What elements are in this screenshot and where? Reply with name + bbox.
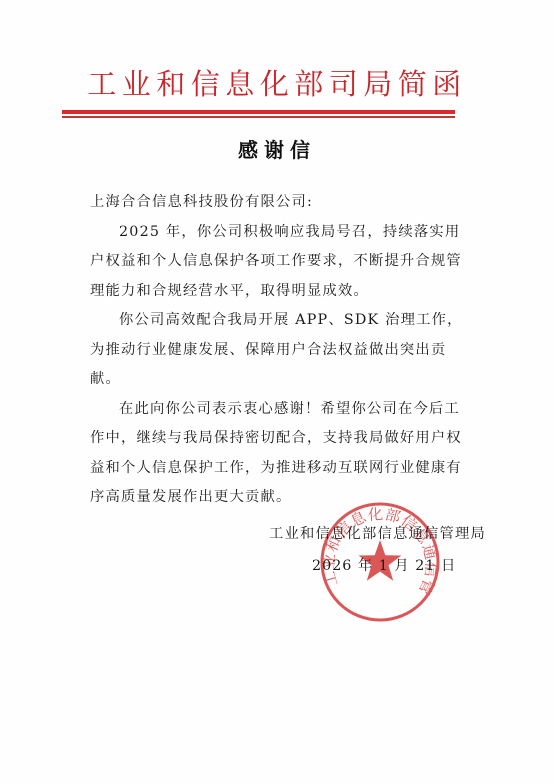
signature: 工业和信息化部信息通信管理局 <box>269 523 486 543</box>
letterhead-title: 工业和信息化部司局简函 <box>0 62 554 103</box>
letterhead-rule-thin <box>62 116 455 118</box>
document-title: 感谢信 <box>0 134 554 163</box>
recipient: 上海合合信息科技股份有限公司: <box>90 188 470 218</box>
paragraph-1: 2025 年，你公司积极响应我局号召，持续落实用户权益和个人信息保护各项工作要求… <box>90 218 470 307</box>
letter-page: 工业和信息化部司局简函 感谢信 上海合合信息科技股份有限公司: 2025 年，你… <box>0 0 554 784</box>
date: 2026 年 1 月 21 日 <box>312 555 456 575</box>
letterhead-rule-thick <box>62 110 455 114</box>
paragraph-2: 你公司高效配合我局开展 APP、SDK 治理工作，为推动行业健康发展、保障用户合… <box>90 306 470 395</box>
paragraph-3: 在此向你公司表示衷心感谢！希望你公司在今后工作中，继续与我局保持密切配合，支持我… <box>90 395 470 513</box>
letter-body: 上海合合信息科技股份有限公司: 2025 年，你公司积极响应我局号召，持续落实用… <box>90 188 470 513</box>
